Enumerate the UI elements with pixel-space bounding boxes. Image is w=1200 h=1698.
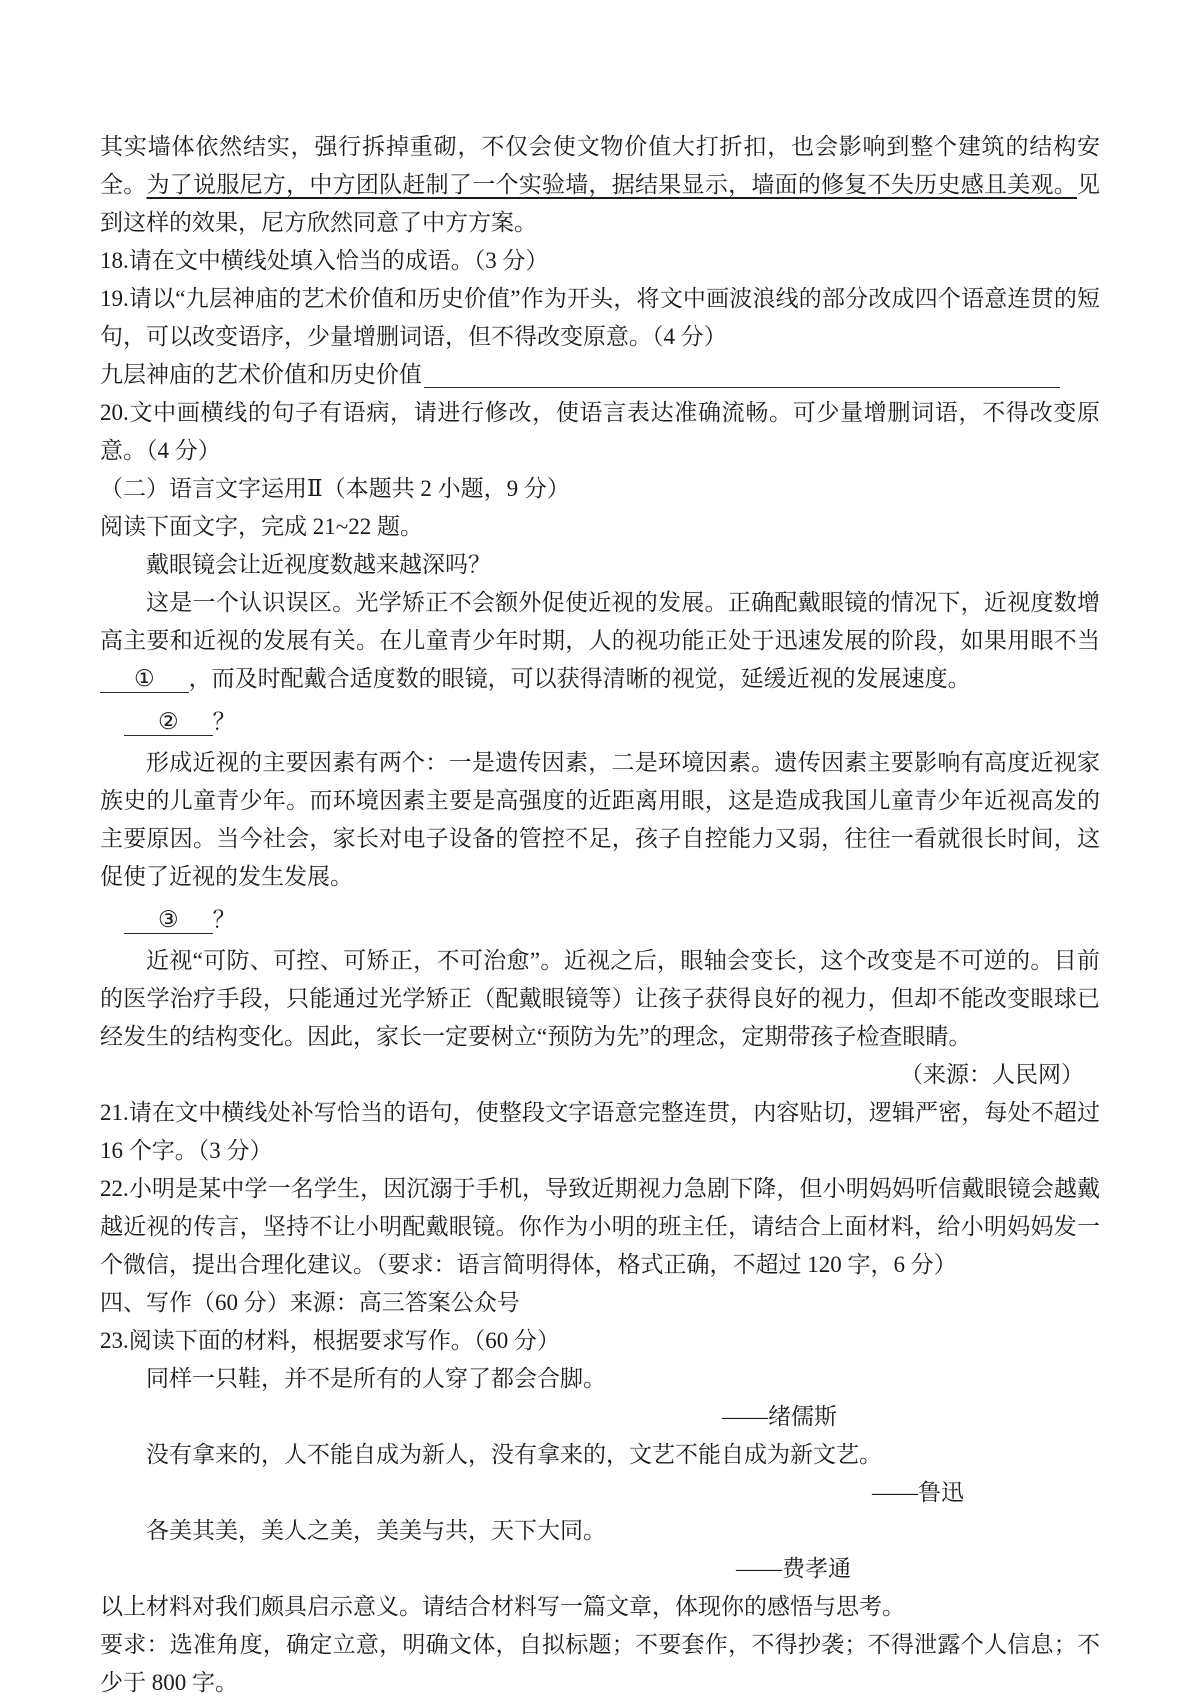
text-segment: 各美其美，美人之美，美美与共，天下大同。: [146, 1518, 606, 1543]
text-segment: 形成近视的主要因素有两个：一是遗传因素，二是环境因素。遗传因素主要影响有高度近视…: [100, 750, 1100, 889]
question-18: 18.请在文中横线处填入恰当的成语。（3 分）: [100, 242, 1100, 280]
text-segment: 九层神庙的艺术价值和历史价值: [100, 356, 422, 394]
fill-in-blank: ②: [124, 709, 213, 736]
question-21: 21.请在文中横线处补写恰当的语句，使整段文字语意完整连贯，内容贴切，逻辑严密，…: [100, 1094, 1100, 1170]
question-19: 19.请以“九层神庙的艺术价值和历史价值”作为开头，将文中画波浪线的部分改成四个…: [100, 280, 1100, 356]
text-segment: 20.文中画横线的句子有语病，请进行修改，使语言表达准确流畅。可少量增删词语，不…: [100, 400, 1100, 463]
section-heading-language-2: （二）语言文字运用Ⅱ（本题共 2 小题，9 分）: [100, 470, 1100, 508]
text-segment: 没有拿来的，人不能自成为新人，没有拿来的，文艺不能自成为新文艺。: [146, 1442, 882, 1467]
text-segment: 戴眼镜会让近视度数越来越深吗？: [146, 552, 491, 577]
text-segment: 四、写作（60 分）来源：高三答案公众号: [100, 1290, 520, 1315]
question-22: 22.小明是某中学一名学生，因沉溺于手机，导致近期视力急剧下降，但小明妈妈听信戴…: [100, 1170, 1100, 1284]
text-segment: ？: [213, 709, 236, 734]
answer-stem-line: 九层神庙的艺术价值和历史价值: [100, 356, 1100, 394]
blank-question-2: ②？: [124, 703, 1100, 741]
fill-in-blank: ③: [124, 907, 213, 934]
material-quote-3: 各美其美，美人之美，美美与共，天下大同。: [100, 1512, 1100, 1550]
quote-author-3: ——费孝通: [100, 1550, 1100, 1588]
quote-author-1: ——绪儒斯: [100, 1398, 1100, 1436]
question-23: 23.阅读下面的材料，根据要求写作。（60 分）: [100, 1322, 1100, 1360]
text-segment: 这是一个认识误区。光学矫正不会额外促使近视的发展。正确配戴眼镜的情况下，近视度数…: [100, 590, 1100, 653]
text-segment: ——绪儒斯: [722, 1404, 837, 1429]
text-segment: 近视“可防、可控、可矫正，不可治愈”。近视之后，眼轴会变长，这个改变是不可逆的。…: [100, 948, 1100, 1049]
fill-in-blank: ①: [100, 666, 189, 693]
question-20: 20.文中画横线的句子有语病，请进行修改，使语言表达准确流畅。可少量增删词语，不…: [100, 394, 1100, 470]
text-segment: 阅读下面文字，完成 21~22 题。: [100, 514, 423, 539]
text-segment: ，而及时配戴合适度数的眼镜，可以获得清晰的视觉，延缓近视的发展速度。: [189, 666, 971, 691]
passage-paragraph-1: 这是一个认识误区。光学矫正不会额外促使近视的发展。正确配戴眼镜的情况下，近视度数…: [100, 584, 1100, 698]
passage-intro: 阅读下面文字，完成 21~22 题。: [100, 508, 1100, 546]
continued-paragraph: 其实墙体依然结实，强行拆掉重砌，不仅会使文物价值大打折扣，也会影响到整个建筑的结…: [100, 128, 1100, 242]
text-segment: ？: [213, 907, 236, 932]
passage-title: 戴眼镜会让近视度数越来越深吗？: [100, 546, 1100, 584]
text-segment: 22.小明是某中学一名学生，因沉溺于手机，导致近期视力急剧下降，但小明妈妈听信戴…: [100, 1176, 1100, 1277]
material-quote-2: 没有拿来的，人不能自成为新人，没有拿来的，文艺不能自成为新文艺。: [100, 1436, 1100, 1474]
writing-requirements: 要求：选准角度，确定立意，明确文体，自拟标题；不要套作，不得抄袭；不得泄露个人信…: [100, 1626, 1100, 1698]
passage-paragraph-3: 近视“可防、可控、可矫正，不可治愈”。近视之后，眼轴会变长，这个改变是不可逆的。…: [100, 942, 1100, 1056]
text-segment: 19.请以“九层神庙的艺术价值和历史价值”作为开头，将文中画波浪线的部分改成四个…: [100, 286, 1100, 349]
quote-author-2: ——鲁迅: [100, 1474, 1100, 1512]
text-segment: ——费孝通: [736, 1556, 851, 1581]
text-segment: 21.请在文中横线处补写恰当的语句，使整段文字语意完整连贯，内容贴切，逻辑严密，…: [100, 1100, 1100, 1163]
document-body: 其实墙体依然结实，强行拆掉重砌，不仅会使文物价值大打折扣，也会影响到整个建筑的结…: [100, 128, 1100, 1698]
text-segment: 18.请在文中横线处填入恰当的成语。（3 分）: [100, 248, 549, 273]
writing-guidance: 以上材料对我们颇具启示意义。请结合材料写一篇文章，体现你的感悟与思考。: [100, 1588, 1100, 1626]
text-segment: （二）语言文字运用Ⅱ（本题共 2 小题，9 分）: [100, 476, 570, 501]
answer-line: [424, 386, 1060, 388]
text-segment: 以上材料对我们颇具启示意义。请结合材料写一篇文章，体现你的感悟与思考。: [100, 1594, 905, 1619]
exam-paper-page: 其实墙体依然结实，强行拆掉重砌，不仅会使文物价值大打折扣，也会影响到整个建筑的结…: [0, 0, 1200, 1698]
passage-source: （来源：人民网）: [100, 1056, 1100, 1094]
text-segment: 23.阅读下面的材料，根据要求写作。（60 分）: [100, 1328, 560, 1353]
underlined-sentence: 为了说服尼方，中方团队赶制了一个实验墙，据结果显示，墙面的修复不失历史感且美观。: [147, 172, 1077, 197]
text-segment: 要求：选准角度，确定立意，明确文体，自拟标题；不要套作，不得抄袭；不得泄露个人信…: [100, 1632, 1100, 1695]
text-segment: ——鲁迅: [872, 1480, 964, 1505]
section-heading-writing: 四、写作（60 分）来源：高三答案公众号: [100, 1284, 1100, 1322]
text-segment: （来源：人民网）: [900, 1062, 1084, 1087]
blank-question-3: ③？: [124, 901, 1100, 939]
text-segment: 同样一只鞋，并不是所有的人穿了都会合脚。: [146, 1366, 606, 1391]
passage-paragraph-2: 形成近视的主要因素有两个：一是遗传因素，二是环境因素。遗传因素主要影响有高度近视…: [100, 744, 1100, 896]
material-quote-1: 同样一只鞋，并不是所有的人穿了都会合脚。: [100, 1360, 1100, 1398]
